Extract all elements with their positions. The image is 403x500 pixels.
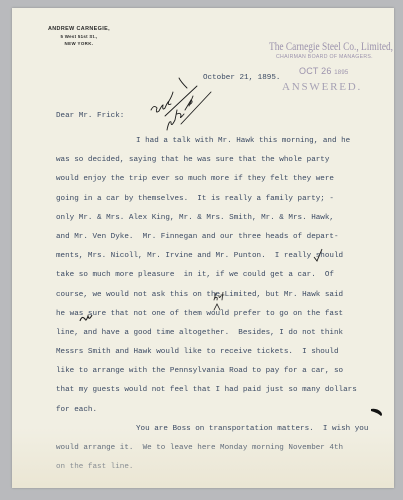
body-line: for each.	[56, 401, 396, 420]
body-line: and Mr. Ven Dyke. Mr. Finnegan and our t…	[56, 228, 396, 247]
ink-mark	[370, 407, 384, 417]
body-line: ments, Mrs. Nicoll, Mr. Irvine and Mr. P…	[56, 247, 396, 266]
body-line: would enjoy the trip ever so much more i…	[56, 170, 396, 189]
body-line: like to arrange with the Pennsylvania Ro…	[56, 362, 396, 381]
handwritten-correction	[79, 313, 93, 323]
body-line: Messrs Smith and Hawk would like to rece…	[56, 343, 396, 362]
stamp-date-day: OCT 26	[299, 66, 332, 76]
stamp-received-date: OCT 26 1895	[299, 66, 348, 76]
body-line: line, and have a good time altogether. B…	[56, 324, 396, 343]
letter-salutation: Dear Mr. Frick:	[56, 112, 124, 120]
stamp-answered: ANSWERED.	[282, 81, 362, 93]
stamp-date-year: 1895	[334, 70, 348, 76]
body-line: would arrange it. We to leave here Monda…	[56, 439, 396, 458]
letterhead-city: NEW YORK.	[34, 40, 124, 47]
handwritten-answered-annotation	[145, 70, 215, 132]
letterhead-name: ANDREW CARNEGIE,	[34, 25, 124, 33]
body-line: I had a talk with Mr. Hawk this morning,…	[56, 132, 396, 151]
letterhead: ANDREW CARNEGIE, 5 West 51st St., NEW YO…	[34, 25, 124, 47]
letter-page: ANDREW CARNEGIE, 5 West 51st St., NEW YO…	[12, 8, 394, 488]
body-line: You are Boss on transportation matters. …	[56, 420, 396, 439]
body-line: was so decided, saying that he was sure …	[56, 151, 396, 170]
stamp-company: The Carnegie Steel Co., Limited,	[269, 39, 393, 54]
stamp-office: CHAIRMAN BOARD OF MANAGERS.	[276, 54, 373, 60]
handwritten-check-mark	[313, 248, 323, 262]
body-line: that my guests would not feel that I had…	[56, 381, 396, 400]
body-line: only Mr. & Mrs. Alex King, Mr. & Mrs. Sm…	[56, 209, 396, 228]
body-line: take so much more pleasure in it, if we …	[56, 266, 396, 285]
handwritten-insertion-mark	[211, 292, 229, 312]
body-line: going in a car by themselves. It is real…	[56, 190, 396, 209]
body-line: on the fast line.	[56, 458, 396, 477]
letterhead-address: 5 West 51st St.,	[34, 33, 124, 40]
